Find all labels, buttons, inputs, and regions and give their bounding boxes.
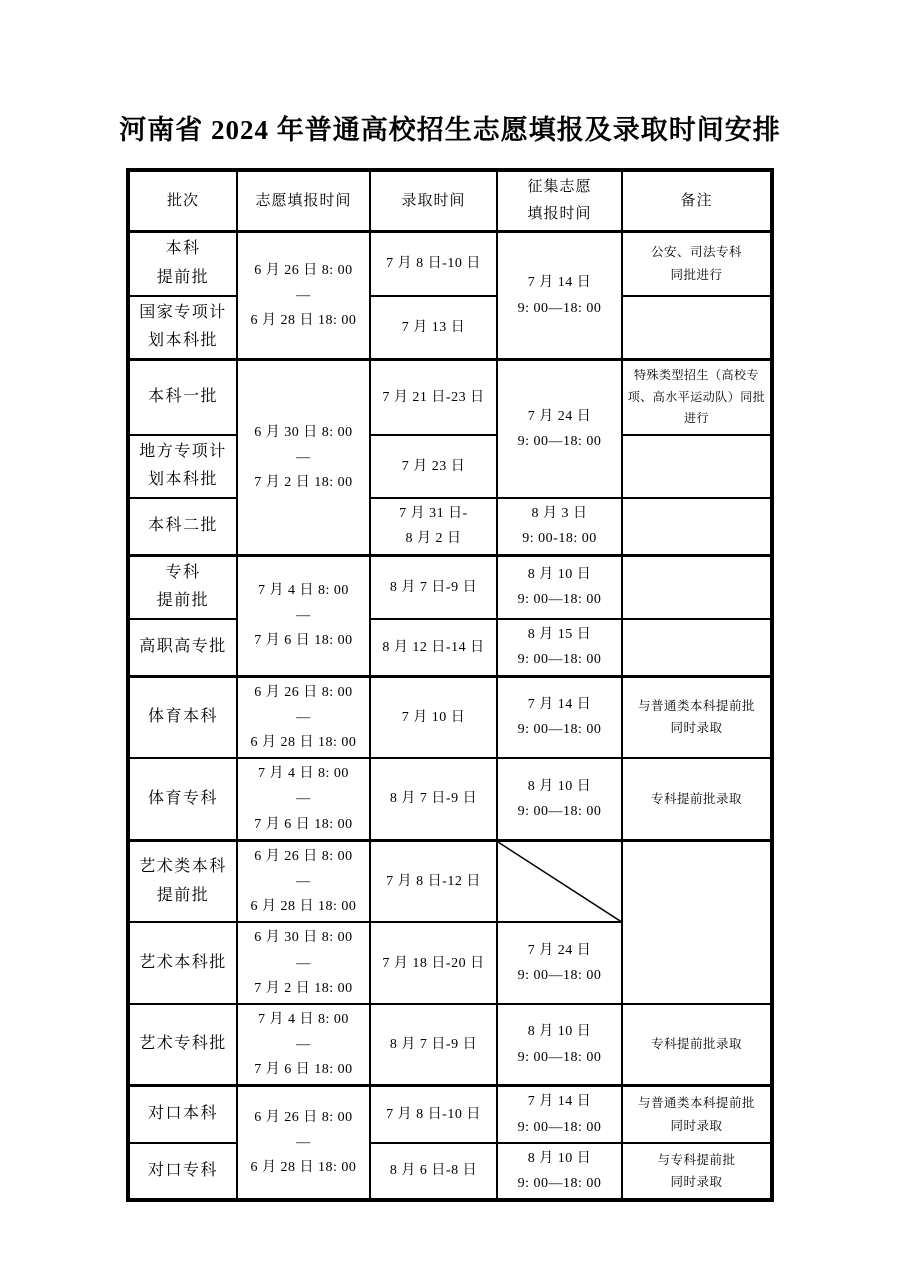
batch-cell: 本科一批 [128,360,237,435]
collect-time-cell: 8 月 15 日 9: 00—18: 00 [497,619,622,676]
table-row: 本科二批 7 月 31 日- 8 月 2 日 8 月 3 日 9: 00-18:… [128,498,772,555]
batch-cell: 体育专科 [128,758,237,840]
remark-cell-empty [622,840,772,1004]
admit-time-cell: 8 月 6 日-8 日 [370,1143,497,1200]
collect-time-cell: 7 月 14 日 9: 00—18: 00 [497,1086,622,1143]
remark-cell: 与普通类本科提前批 同时录取 [622,676,772,758]
fill-time-cell: 6 月 26 日 8: 00 — 6 月 28 日 18: 00 [237,232,370,360]
batch-cell: 专科 提前批 [128,555,237,619]
page-title: 河南省 2024 年普通高校招生志愿填报及录取时间安排 [0,0,900,147]
admit-time-cell: 7 月 18 日-20 日 [370,922,497,1004]
admit-time-cell: 8 月 7 日-9 日 [370,758,497,840]
collect-time-cell: 7 月 24 日 9: 00—18: 00 [497,360,622,499]
batch-cell: 对口本科 [128,1086,237,1143]
admit-time-cell: 7 月 23 日 [370,435,497,499]
fill-time-cell: 6 月 30 日 8: 00 — 7 月 2 日 18: 00 [237,360,370,555]
admit-time-cell: 7 月 10 日 [370,676,497,758]
diagonal-slash-cell [497,840,622,922]
collect-time-cell: 8 月 10 日 9: 00—18: 00 [497,1004,622,1086]
admit-time-cell: 7 月 13 日 [370,296,497,360]
column-header-collect-time: 征集志愿 填报时间 [497,170,622,232]
table-row: 高职高专批 8 月 12 日-14 日 8 月 15 日 9: 00—18: 0… [128,619,772,676]
table-row: 本科一批 6 月 30 日 8: 00 — 7 月 2 日 18: 00 7 月… [128,360,772,435]
table-row: 对口本科 6 月 26 日 8: 00 — 6 月 28 日 18: 00 7 … [128,1086,772,1143]
fill-time-cell: 6 月 26 日 8: 00 — 6 月 28 日 18: 00 [237,840,370,922]
table-row: 专科 提前批 7 月 4 日 8: 00 — 7 月 6 日 18: 00 8 … [128,555,772,619]
admission-schedule-table: 批次 志愿填报时间 录取时间 征集志愿 填报时间 备注 本科 提前批 6 月 2… [126,168,774,1202]
batch-cell: 艺术类本科 提前批 [128,840,237,922]
admit-time-cell: 7 月 31 日- 8 月 2 日 [370,498,497,555]
admit-time-cell: 8 月 12 日-14 日 [370,619,497,676]
remark-cell: 专科提前批录取 [622,1004,772,1086]
batch-cell: 对口专科 [128,1143,237,1200]
admit-time-cell: 7 月 8 日-10 日 [370,1086,497,1143]
remark-cell: 特殊类型招生（高校专项、高水平运动队）同批进行 [622,360,772,435]
batch-cell: 艺术专科批 [128,1004,237,1086]
column-header-admit-time: 录取时间 [370,170,497,232]
remark-cell: 公安、司法专科 同批进行 [622,232,772,296]
remark-cell: 与普通类本科提前批 同时录取 [622,1086,772,1143]
table-row: 地方专项计 划本科批 7 月 23 日 [128,435,772,499]
table-row: 艺术类本科 提前批 6 月 26 日 8: 00 — 6 月 28 日 18: … [128,840,772,922]
document-page: 河南省 2024 年普通高校招生志愿填报及录取时间安排 批次 志愿填报时间 录取… [0,0,900,1273]
admit-time-cell: 8 月 7 日-9 日 [370,555,497,619]
table-row: 本科 提前批 6 月 26 日 8: 00 — 6 月 28 日 18: 00 … [128,232,772,296]
remark-cell-empty [622,619,772,676]
admit-time-cell: 7 月 8 日-12 日 [370,840,497,922]
collect-time-cell: 8 月 10 日 9: 00—18: 00 [497,758,622,840]
batch-cell: 艺术本科批 [128,922,237,1004]
batch-cell: 高职高专批 [128,619,237,676]
fill-time-cell: 6 月 26 日 8: 00 — 6 月 28 日 18: 00 [237,676,370,758]
admit-time-cell: 8 月 7 日-9 日 [370,1004,497,1086]
diagonal-line [498,842,621,922]
column-header-fill-time: 志愿填报时间 [237,170,370,232]
admit-time-cell: 7 月 21 日-23 日 [370,360,497,435]
collect-time-cell: 8 月 10 日 9: 00—18: 00 [497,1143,622,1200]
batch-cell: 体育本科 [128,676,237,758]
table-row: 国家专项计 划本科批 7 月 13 日 [128,296,772,360]
table-row: 对口专科 8 月 6 日-8 日 8 月 10 日 9: 00—18: 00 与… [128,1143,772,1200]
collect-time-cell: 7 月 14 日 9: 00—18: 00 [497,232,622,360]
remark-cell: 专科提前批录取 [622,758,772,840]
batch-cell: 本科二批 [128,498,237,555]
remark-cell: 与专科提前批 同时录取 [622,1143,772,1200]
collect-time-cell: 7 月 24 日 9: 00—18: 00 [497,922,622,1004]
batch-cell: 国家专项计 划本科批 [128,296,237,360]
table-row: 艺术专科批 7 月 4 日 8: 00 — 7 月 6 日 18: 00 8 月… [128,1004,772,1086]
remark-cell-empty [622,435,772,499]
fill-time-cell: 6 月 30 日 8: 00 — 7 月 2 日 18: 00 [237,922,370,1004]
header-row: 批次 志愿填报时间 录取时间 征集志愿 填报时间 备注 [128,170,772,232]
fill-time-cell: 7 月 4 日 8: 00 — 7 月 6 日 18: 00 [237,758,370,840]
collect-time-cell: 7 月 14 日 9: 00—18: 00 [497,676,622,758]
collect-time-cell: 8 月 10 日 9: 00—18: 00 [497,555,622,619]
table-row: 体育本科 6 月 26 日 8: 00 — 6 月 28 日 18: 00 7 … [128,676,772,758]
batch-cell: 地方专项计 划本科批 [128,435,237,499]
remark-cell-empty [622,296,772,360]
column-header-remark: 备注 [622,170,772,232]
remark-cell-empty [622,498,772,555]
collect-time-cell: 8 月 3 日 9: 00-18: 00 [497,498,622,555]
fill-time-cell: 7 月 4 日 8: 00 — 7 月 6 日 18: 00 [237,1004,370,1086]
column-header-batch: 批次 [128,170,237,232]
remark-cell-empty [622,555,772,619]
fill-time-cell: 6 月 26 日 8: 00 — 6 月 28 日 18: 00 [237,1086,370,1200]
fill-time-cell: 7 月 4 日 8: 00 — 7 月 6 日 18: 00 [237,555,370,676]
table-row: 体育专科 7 月 4 日 8: 00 — 7 月 6 日 18: 00 8 月 … [128,758,772,840]
admit-time-cell: 7 月 8 日-10 日 [370,232,497,296]
batch-cell: 本科 提前批 [128,232,237,296]
